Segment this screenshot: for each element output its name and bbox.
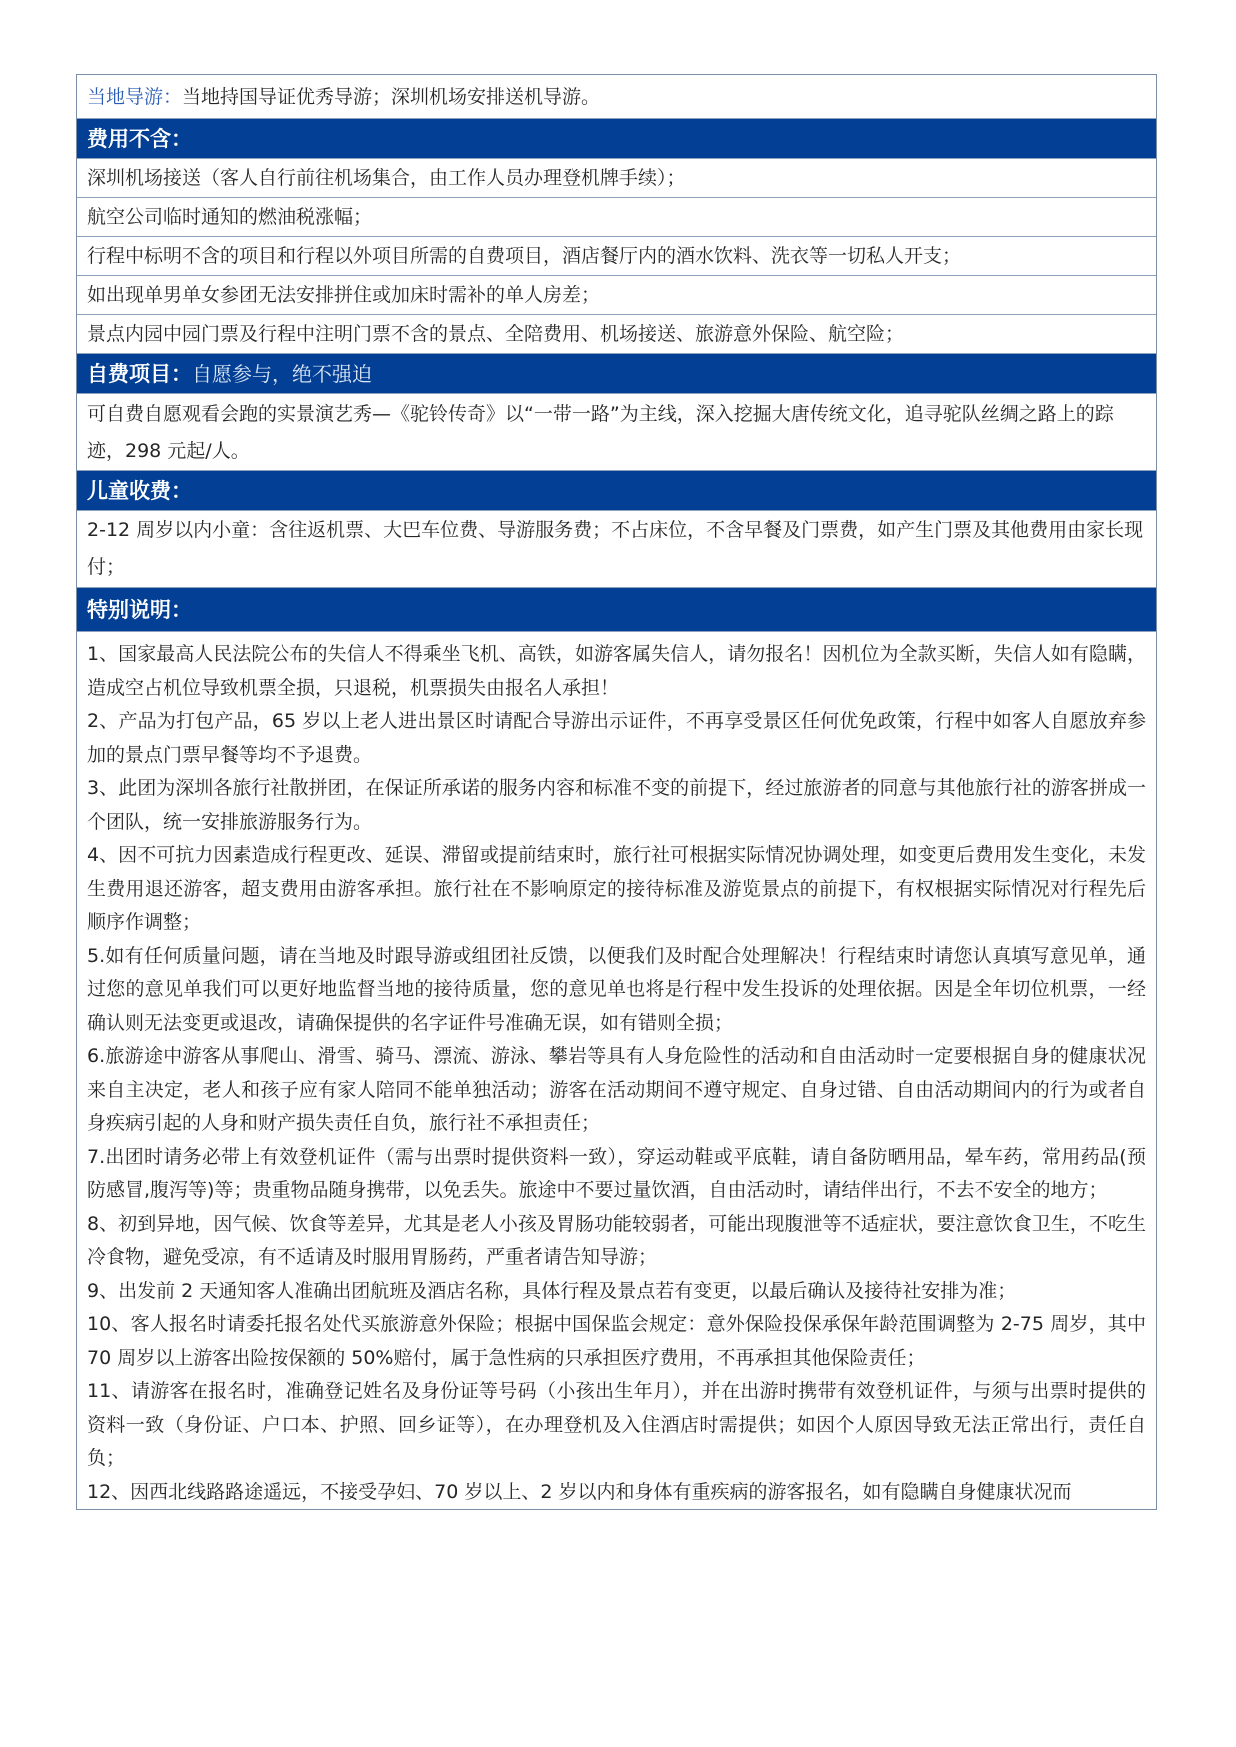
special-title: 特别说明： <box>87 598 192 622</box>
section-header-special: 特别说明： <box>77 588 1156 632</box>
section-header-children: 儿童收费： <box>77 471 1156 511</box>
special-note: 10、客人报名时请委托报名处代买旅游意外保险；根据中国保监会规定：意外保险投保承… <box>87 1308 1146 1375</box>
special-note: 3、此团为深圳各旅行社散拼团，在保证所承诺的服务内容和标准不变的前提下，经过旅游… <box>87 772 1146 839</box>
special-note: 5.如有任何质量问题，请在当地及时跟导游或组团社反馈，以便我们及时配合处理解决！… <box>87 940 1146 1041</box>
local-guide-label: 当地导游： <box>87 86 182 108</box>
special-note: 7.出团时请务必带上有效登机证件（需与出票时提供资料一致），穿运动鞋或平底鞋，请… <box>87 1141 1146 1208</box>
special-note: 2、产品为打包产品，65 岁以上老人进出景区时请配合导游出示证件，不再享受景区任… <box>87 705 1146 772</box>
excluded-title: 费用不含： <box>87 127 192 151</box>
children-text: 2-12 周岁以内小童：含往返机票、大巴车位费、导游服务费；不占床位，不含早餐及… <box>77 511 1156 588</box>
special-notes: 1、国家最高人民法院公布的失信人不得乘坐飞机、高铁，如游客属失信人，请勿报名！因… <box>77 632 1156 1509</box>
excluded-item: 深圳机场接送（客人自行前往机场集合，由工作人员办理登机牌手续）； <box>77 159 1156 198</box>
special-note: 11、请游客在报名时，准确登记姓名及身份证等号码（小孩出生年月），并在出游时携带… <box>87 1375 1146 1476</box>
itinerary-terms-table: 当地导游：当地持国导证优秀导游；深圳机场安排送机导游。 费用不含： 深圳机场接送… <box>76 74 1157 1510</box>
special-note: 9、出发前 2 天通知客人准确出团航班及酒店名称，具体行程及景点若有变更，以最后… <box>87 1275 1146 1309</box>
excluded-item: 如出现单男单女参团无法安排拼住或加床时需补的单人房差； <box>77 276 1156 315</box>
special-note: 6.旅游途中游客从事爬山、滑雪、骑马、漂流、游泳、攀岩等具有人身危险性的活动和自… <box>87 1040 1146 1141</box>
section-header-optional: 自费项目：自愿参与，绝不强迫 <box>77 354 1156 394</box>
local-guide-text: 当地持国导证优秀导游；深圳机场安排送机导游。 <box>182 86 600 108</box>
optional-title: 自费项目： <box>87 362 192 386</box>
special-note: 12、因西北线路路途遥远，不接受孕妇、70 岁以上、2 岁以内和身体有重疾病的游… <box>87 1476 1146 1510</box>
section-header-excluded: 费用不含： <box>77 119 1156 159</box>
special-note: 8、初到异地，因气候、饮食等差异，尤其是老人小孩及胃肠功能较弱者，可能出现腹泄等… <box>87 1208 1146 1275</box>
special-note: 1、国家最高人民法院公布的失信人不得乘坐飞机、高铁，如游客属失信人，请勿报名！因… <box>87 638 1146 705</box>
local-guide-row: 当地导游：当地持国导证优秀导游；深圳机场安排送机导游。 <box>77 75 1156 119</box>
optional-text: 可自费自愿观看会跑的实景演艺秀—《驼铃传奇》以“一带一路”为主线，深入挖掘大唐传… <box>77 394 1156 471</box>
excluded-item: 航空公司临时通知的燃油税涨幅； <box>77 198 1156 237</box>
special-note: 4、因不可抗力因素造成行程更改、延误、滞留或提前结束时，旅行社可根据实际情况协调… <box>87 839 1146 940</box>
excluded-item: 行程中标明不含的项目和行程以外项目所需的自费项目，酒店餐厅内的酒水饮料、洗衣等一… <box>77 237 1156 276</box>
excluded-item: 景点内园中园门票及行程中注明门票不含的景点、全陪费用、机场接送、旅游意外保险、航… <box>77 315 1156 354</box>
children-title: 儿童收费： <box>87 479 192 503</box>
optional-subtitle: 自愿参与，绝不强迫 <box>192 362 372 386</box>
